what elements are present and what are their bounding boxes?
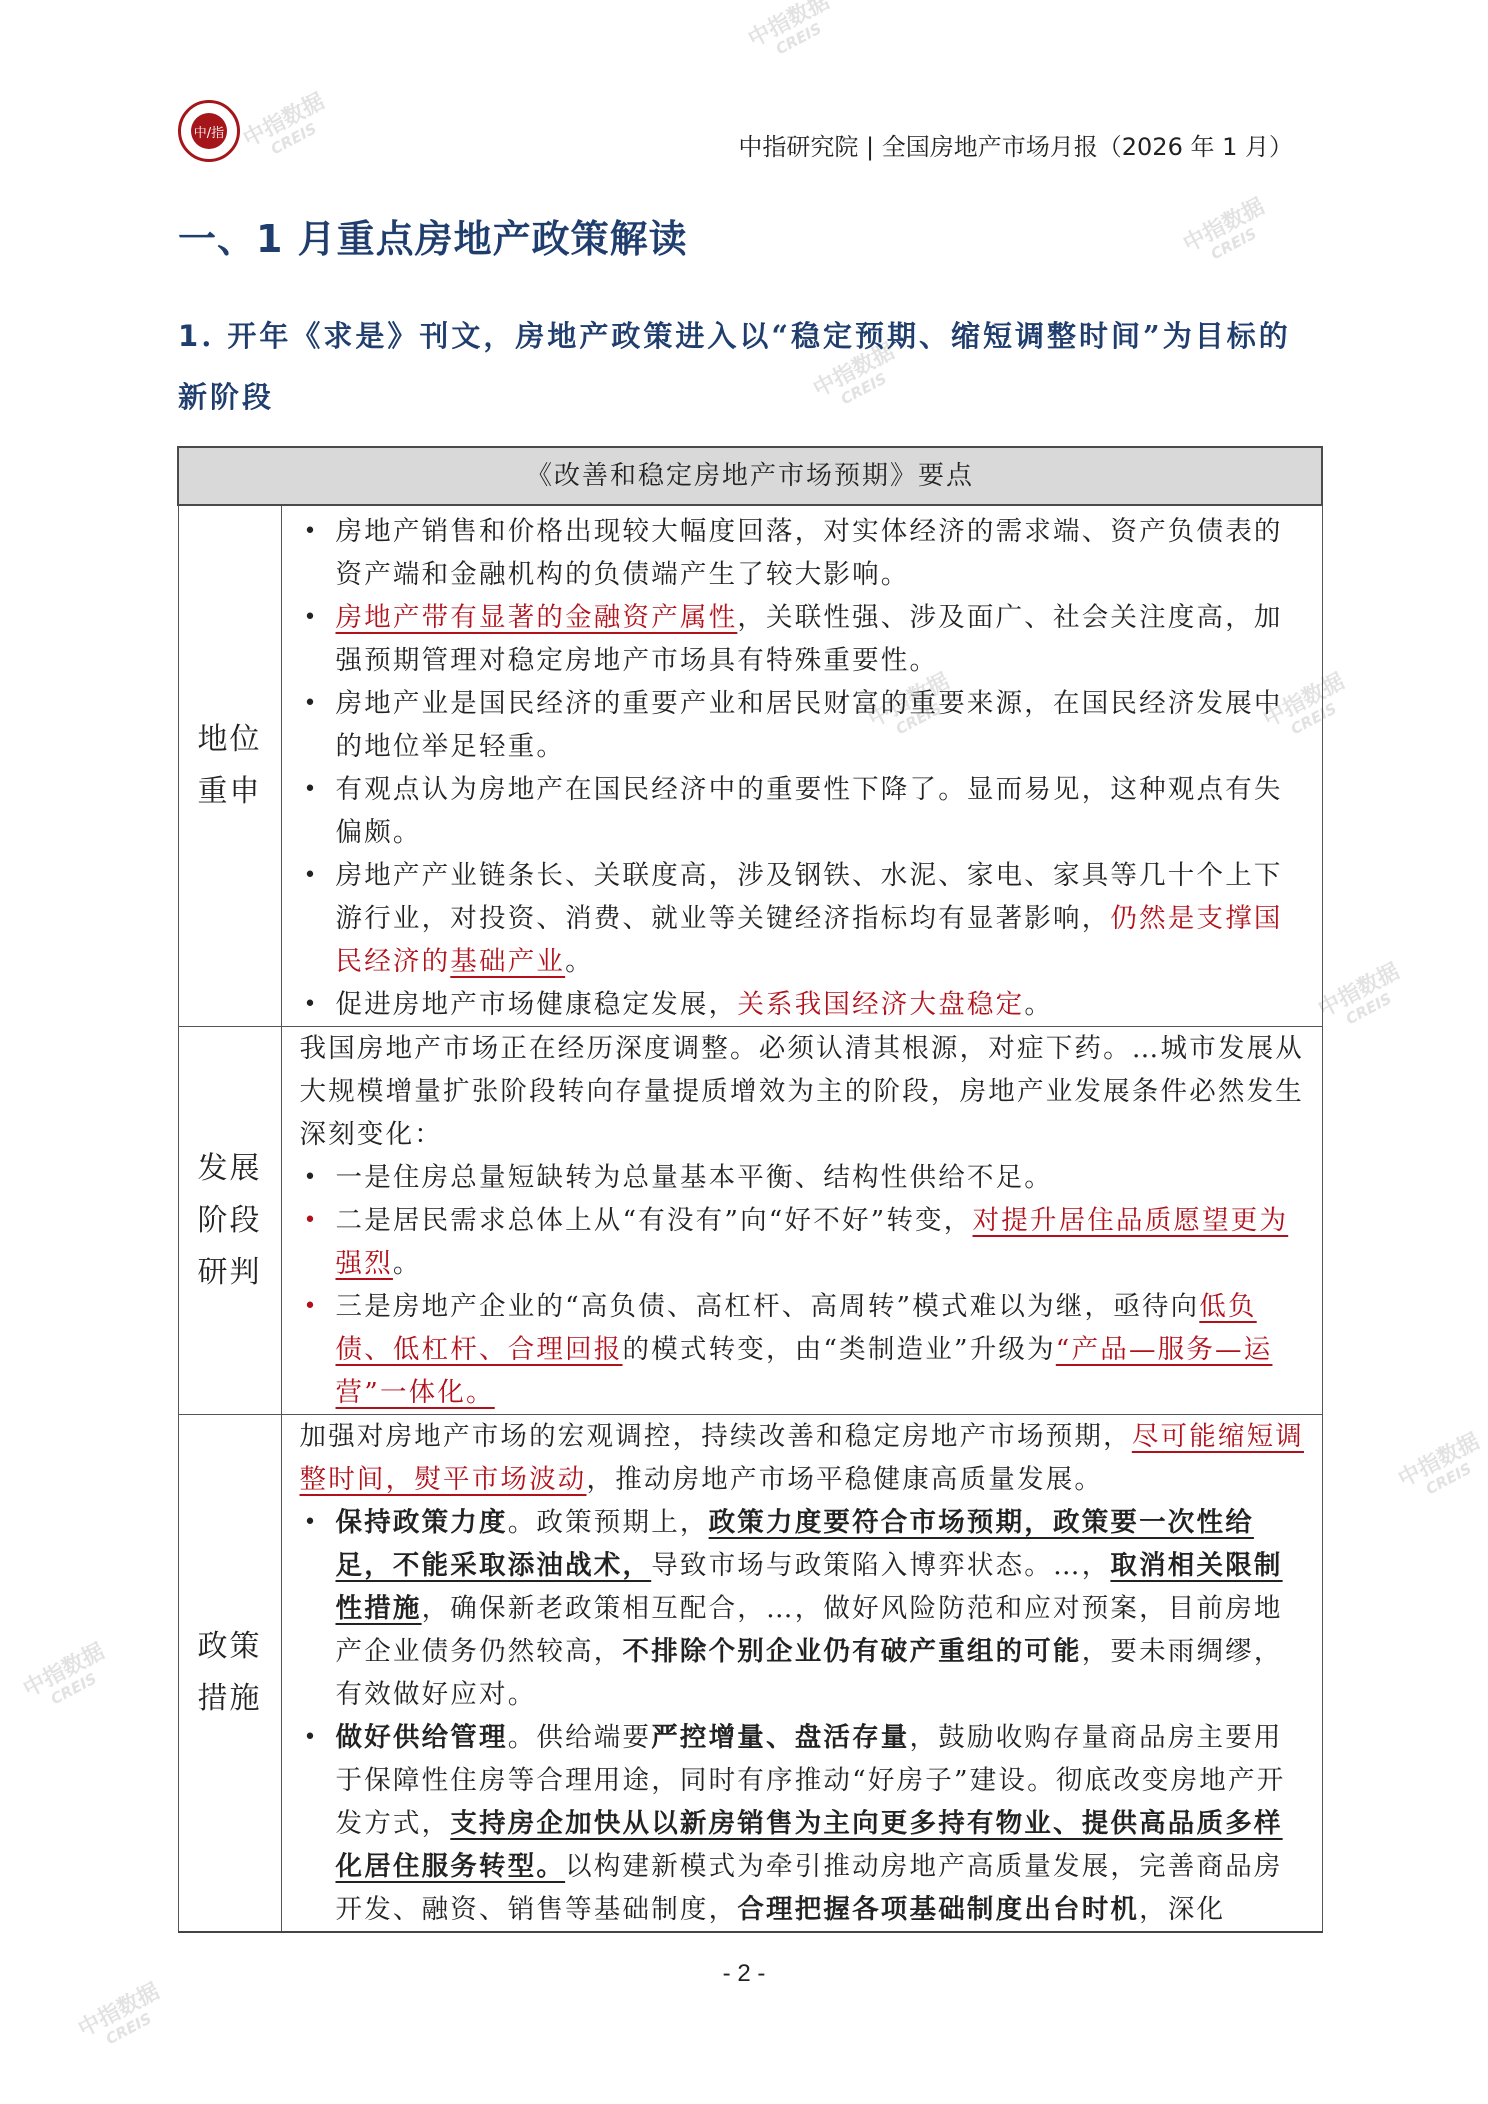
report-header-title: 中指研究院 | 全国房地产市场月报（2026 年 1 月） — [738, 127, 1293, 162]
table-title: 《改善和稳定房地产市场预期》要点 — [178, 447, 1322, 505]
page-number: - 2 - — [0, 1960, 1488, 1988]
table-row: 发展阶段研判 我国房地产市场正在经历深度调整。必须认清其根源，对症下药。…城市发… — [178, 1027, 1322, 1415]
list-item: 房地产带有显著的金融资产属性，关联性强、涉及面广、社会关注度高，加强预期管理对稳… — [300, 596, 1310, 682]
row-content: 房地产销售和价格出现较大幅度回落，对实体经济的需求端、资产负债表的资产端和金融机… — [281, 505, 1322, 1027]
table-row: 地位重申 房地产销售和价格出现较大幅度回落，对实体经济的需求端、资产负债表的资产… — [178, 505, 1322, 1027]
row-label: 政策措施 — [178, 1415, 281, 1933]
logo: 中/指 — [178, 100, 240, 162]
list-item: 保持政策力度。政策预期上，政策力度要符合市场预期，政策要一次性给足，不能采取添油… — [300, 1501, 1310, 1716]
list-item: 二是居民需求总体上从“有没有”向“好不好”转变，对提升居住品质愿望更为强烈。 — [300, 1199, 1310, 1285]
watermark: 中指数据CREIS — [21, 1642, 117, 1719]
watermark: 中指数据CREIS — [1396, 1432, 1488, 1509]
watermark: 中指数据CREIS — [746, 0, 842, 68]
row-label: 地位重申 — [178, 505, 281, 1027]
row-label: 发展阶段研判 — [178, 1027, 281, 1415]
list-item: 促进房地产市场健康稳定发展，关系我国经济大盘稳定。 — [300, 983, 1310, 1026]
row-content: 加强对房地产市场的宏观调控，持续改善和稳定房地产市场预期，尽可能缩短调整时间，熨… — [281, 1415, 1322, 1933]
list-item: 有观点认为房地产在国民经济中的重要性下降了。显而易见，这种观点有失偏颇。 — [300, 768, 1310, 854]
policy-points-table: 《改善和稳定房地产市场预期》要点 地位重申 房地产销售和价格出现较大幅度回落，对… — [177, 446, 1323, 1933]
list-item: 一是住房总量短缺转为总量基本平衡、结构性供给不足。 — [300, 1156, 1310, 1199]
watermark: 中指数据CREIS — [241, 92, 337, 169]
list-item: 三是房地产企业的“高负债、高杠杆、高周转”模式难以为继，亟待向低负债、低杠杆、合… — [300, 1285, 1310, 1414]
section-subheading: 1. 开年《求是》刊文，房地产政策进入以“稳定预期、缩短调整时间”为目标的新阶段 — [178, 306, 1308, 428]
list-item: 房地产产业链条长、关联度高，涉及钢铁、水泥、家电、家具等几十个上下游行业，对投资… — [300, 854, 1310, 983]
row-intro: 我国房地产市场正在经历深度调整。必须认清其根源，对症下药。…城市发展从大规模增量… — [300, 1027, 1310, 1156]
watermark: 中指数据CREIS — [76, 1982, 172, 2059]
watermark: 中指数据CREIS — [1316, 962, 1412, 1039]
logo-center: 中/指 — [191, 113, 227, 149]
watermark: 中指数据CREIS — [1181, 197, 1277, 274]
list-item: 房地产业是国民经济的重要产业和居民财富的重要来源，在国民经济发展中的地位举足轻重… — [300, 682, 1310, 768]
table-row: 政策措施 加强对房地产市场的宏观调控，持续改善和稳定房地产市场预期，尽可能缩短调… — [178, 1415, 1322, 1933]
row-content: 我国房地产市场正在经历深度调整。必须认清其根源，对症下药。…城市发展从大规模增量… — [281, 1027, 1322, 1415]
section-heading: 一、1 月重点房地产政策解读 — [178, 208, 688, 263]
list-item: 房地产销售和价格出现较大幅度回落，对实体经济的需求端、资产负债表的资产端和金融机… — [300, 510, 1310, 596]
list-item: 做好供给管理。供给端要严控增量、盘活存量，鼓励收购存量商品房主要用于保障性住房等… — [300, 1716, 1310, 1931]
row-intro: 加强对房地产市场的宏观调控，持续改善和稳定房地产市场预期，尽可能缩短调整时间，熨… — [300, 1415, 1310, 1501]
